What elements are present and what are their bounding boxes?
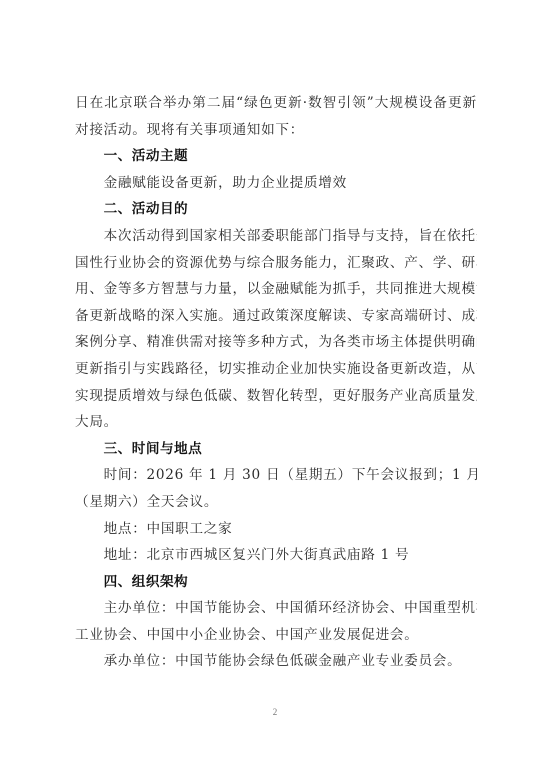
section-heading-theme: 一、活动主题 — [75, 143, 477, 170]
page-number: 2 — [0, 707, 550, 717]
section-heading-purpose: 二、活动目的 — [75, 196, 477, 223]
theme-text: 金融赋能设备更新，助力企业提质增效 — [75, 170, 477, 197]
purpose-line: 更新指引与实践路径，切实推动企业加快实施设备更新改造，从而 — [75, 356, 477, 383]
purpose-line: 本次活动得到国家相关部委职能部门指导与支持，旨在依托全 — [75, 223, 477, 250]
purpose-line: 实现提质增效与绿色低碳、数智化转型，更好服务产业高质量发展 — [75, 383, 477, 410]
section-heading-time-venue: 三、时间与地点 — [75, 436, 477, 463]
time-line: 时间：2026 年 1 月 30 日（星期五）下午会议报到；1 月 31 日 — [75, 462, 477, 489]
host-line: 主办单位：中国节能协会、中国循环经济协会、中国重型机械 — [75, 595, 477, 622]
host-line: 工业协会、中国中小企业协会、中国产业发展促进会。 — [75, 622, 477, 649]
time-line: （星期六）全天会议。 — [75, 489, 477, 516]
organizer-text: 承办单位：中国节能协会绿色低碳金融产业专业委员会。 — [75, 648, 477, 675]
purpose-line: 备更新战略的深入实施。通过政策深度解读、专家高端研讨、成功 — [75, 303, 477, 330]
purpose-line: 国性行业协会的资源优势与综合服务能力，汇聚政、产、学、研、 — [75, 250, 477, 277]
purpose-line: 大局。 — [75, 409, 477, 436]
purpose-line: 案例分享、精准供需对接等多种方式，为各类市场主体提供明确的 — [75, 329, 477, 356]
address-text: 地址：北京市西城区复兴门外大街真武庙路 1 号 — [75, 542, 477, 569]
document-body: 日在北京联合举办第二届“绿色更新·数智引领”大规模设备更新 对接活动。现将有关事… — [75, 90, 477, 675]
purpose-line: 用、金等多方智慧与力量，以金融赋能为抓手，共同推进大规模设 — [75, 276, 477, 303]
intro-line: 日在北京联合举办第二届“绿色更新·数智引领”大规模设备更新 — [75, 90, 477, 117]
intro-line: 对接活动。现将有关事项通知如下： — [75, 117, 477, 144]
section-heading-organization: 四、组织架构 — [75, 569, 477, 596]
venue-text: 地点：中国职工之家 — [75, 516, 477, 543]
document-page: 日在北京联合举办第二届“绿色更新·数智引领”大规模设备更新 对接活动。现将有关事… — [0, 0, 550, 778]
